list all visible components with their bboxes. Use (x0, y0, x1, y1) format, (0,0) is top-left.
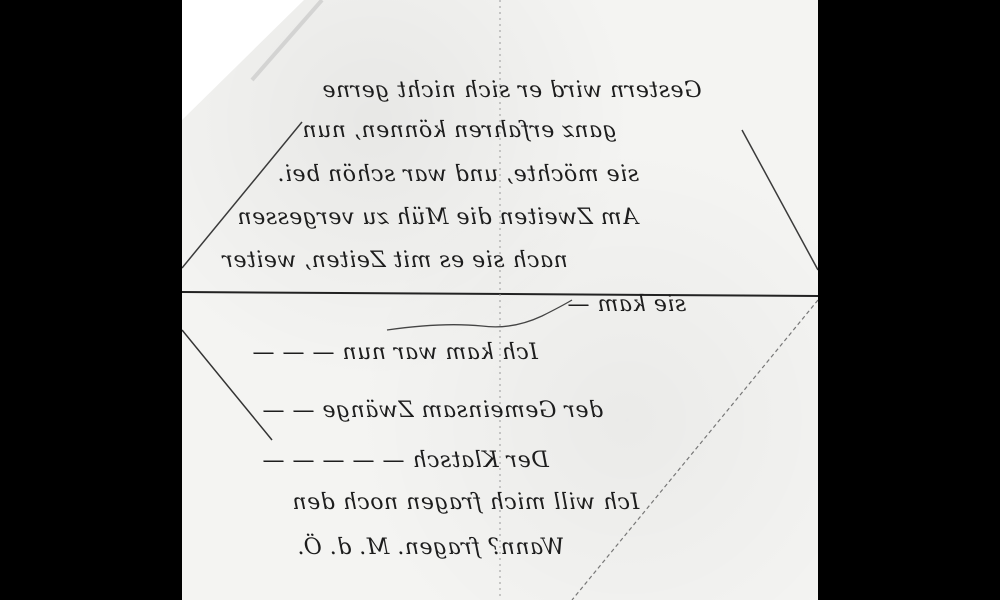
text-line: Ich kam war nun — — — (252, 340, 538, 365)
text-line: Ich will mich fragen noch den (292, 490, 639, 515)
text-line: Wann? fragen. M. d. Ö. (297, 535, 564, 560)
handwritten-text: Gestern wird er sich nicht gerne ganz er… (182, 0, 818, 600)
text-line: ganz erfahren können, nun (302, 118, 617, 143)
letter-page: Gestern wird er sich nicht gerne ganz er… (182, 0, 818, 600)
text-line: Gestern wird er sich nicht gerne (322, 78, 702, 103)
text-line: sie kam — (567, 292, 686, 317)
text-line: sie möchte, und war schön bei. (277, 162, 639, 187)
text-line: Am Zweiten die Müh zu vergessen (237, 205, 638, 230)
text-line: Der Klatsch — — — — — (262, 448, 549, 473)
text-line: nach sie es mit Zeiten, weiter (222, 248, 568, 273)
text-line: der Gemeinsam Zwänge — — (262, 398, 603, 423)
